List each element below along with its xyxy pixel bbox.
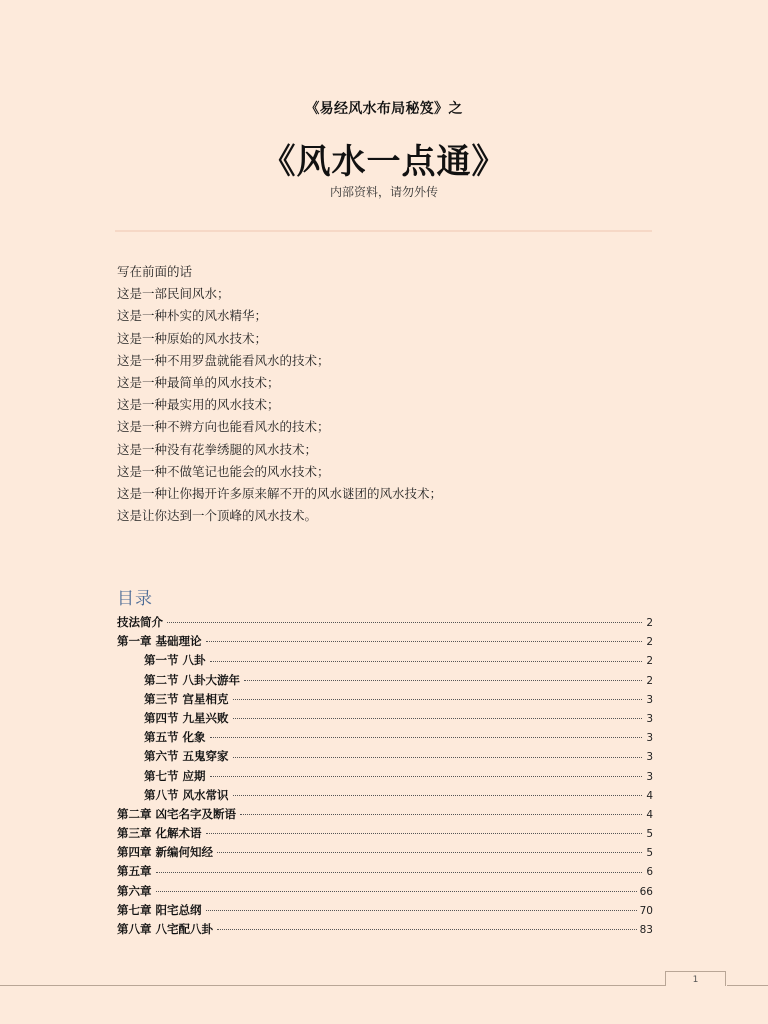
- preface-line: 这是让你达到一个顶峰的风水技术。: [117, 505, 442, 527]
- toc-entry-page: 3: [645, 691, 653, 710]
- toc-entry-page: 2: [645, 652, 653, 671]
- dot-leader: [233, 718, 642, 719]
- toc-entry[interactable]: 第七节 应期 3: [117, 767, 653, 786]
- toc-heading: 目录: [117, 584, 153, 609]
- toc-entry-label: 第一章 基础理论: [117, 632, 204, 651]
- dot-leader: [206, 641, 642, 642]
- toc-entry[interactable]: 第三章 化解术语 5: [117, 824, 653, 843]
- main-title: 《风水一点通》: [0, 134, 768, 183]
- dot-leader: [240, 814, 642, 815]
- dot-leader: [244, 680, 642, 681]
- toc-entry[interactable]: 第二节 八卦大游年 2: [117, 671, 653, 690]
- toc-entry-label: 第六节 五鬼穿家: [144, 747, 231, 766]
- dot-leader: [210, 661, 642, 662]
- toc-entry-page: 4: [645, 787, 653, 806]
- toc-entry-label: 技法简介: [117, 613, 165, 632]
- toc-entry-label: 第七节 应期: [144, 767, 208, 786]
- toc-entry[interactable]: 第一节 八卦 2: [117, 651, 653, 670]
- toc-entry-page: 2: [645, 633, 653, 652]
- preface-section: 写在前面的话 这是一部民间风水； 这是一种朴实的风水精华； 这是一种原始的风水技…: [117, 261, 442, 527]
- toc-entry-page: 5: [645, 825, 653, 844]
- footer-rule: [0, 985, 666, 986]
- toc-entry-page: 4: [645, 806, 653, 825]
- toc-entry-label: 第三节 宫星相克: [144, 690, 231, 709]
- subtitle: 内部资料，请勿外传: [0, 183, 768, 200]
- toc-entry-page: 2: [645, 614, 653, 633]
- dot-leader: [233, 757, 642, 758]
- toc-entry-label: 第二节 八卦大游年: [144, 671, 242, 690]
- toc-entry-page: 6: [645, 863, 653, 882]
- dot-leader: [156, 891, 637, 892]
- toc-entry[interactable]: 第二章 凶宅名字及断语 4: [117, 805, 653, 824]
- dot-leader: [206, 833, 642, 834]
- dot-leader: [156, 872, 643, 873]
- toc-entry-page: 3: [645, 768, 653, 787]
- dot-leader: [210, 737, 642, 738]
- toc-entry-page: 3: [645, 729, 653, 748]
- page-number: 1: [665, 971, 726, 986]
- toc-entry[interactable]: 第一章 基础理论 2: [117, 632, 653, 651]
- toc-entry[interactable]: 第八节 风水常识 4: [117, 786, 653, 805]
- toc-entry-label: 第四节 九星兴败: [144, 709, 231, 728]
- toc-entry[interactable]: 第五节 化象 3: [117, 728, 653, 747]
- toc-entry-label: 第五节 化象: [144, 728, 208, 747]
- toc-entry-label: 第四章 新编何知经: [117, 843, 215, 862]
- table-of-contents: 技法简介 2 第一章 基础理论 2 第一节 八卦 2 第二节 八卦大游年 2 第…: [117, 613, 653, 939]
- document-page: 《易经风水布局秘笈》之 《风水一点通》 内部资料，请勿外传 写在前面的话 这是一…: [0, 0, 768, 1024]
- toc-entry-label: 第三章 化解术语: [117, 824, 204, 843]
- dot-leader: [210, 776, 642, 777]
- preface-line: 这是一种不做笔记也能会的风水技术；: [117, 461, 442, 483]
- footer-rule: [727, 985, 768, 986]
- toc-entry[interactable]: 第四章 新编何知经 5: [117, 843, 653, 862]
- toc-entry[interactable]: 第八章 八宅配八卦 83: [117, 920, 653, 939]
- dot-leader: [217, 929, 637, 930]
- preface-line: 这是一种让你揭开许多原来解不开的风水谜团的风水技术；: [117, 483, 442, 505]
- toc-entry[interactable]: 第七章 阳宅总纲 70: [117, 901, 653, 920]
- toc-entry-page: 3: [645, 710, 653, 729]
- preface-line: 这是一种不用罗盘就能看风水的技术；: [117, 350, 442, 372]
- toc-entry-label: 第五章: [117, 862, 154, 881]
- toc-entry-label: 第二章 凶宅名字及断语: [117, 805, 238, 824]
- toc-entry-label: 第八章 八宅配八卦: [117, 920, 215, 939]
- toc-entry-label: 第八节 风水常识: [144, 786, 231, 805]
- preface-line: 这是一种原始的风水技术；: [117, 328, 442, 350]
- toc-entry-label: 第一节 八卦: [144, 651, 208, 670]
- toc-entry-page: 3: [645, 748, 653, 767]
- dot-leader: [233, 795, 642, 796]
- preface-line: 这是一部民间风水；: [117, 283, 442, 305]
- dot-leader: [217, 852, 642, 853]
- preface-heading: 写在前面的话: [117, 261, 442, 283]
- preface-line: 这是一种最实用的风水技术；: [117, 394, 442, 416]
- preface-line: 这是一种朴实的风水精华；: [117, 305, 442, 327]
- toc-entry[interactable]: 第六节 五鬼穿家 3: [117, 747, 653, 766]
- toc-entry[interactable]: 技法简介 2: [117, 613, 653, 632]
- toc-entry-page: 2: [645, 672, 653, 691]
- toc-entry-page: 5: [645, 844, 653, 863]
- toc-entry-label: 第七章 阳宅总纲: [117, 901, 204, 920]
- toc-entry[interactable]: 第六章 66: [117, 882, 653, 901]
- preface-line: 这是一种没有花拳绣腿的风水技术；: [117, 439, 442, 461]
- toc-entry-page: 83: [640, 921, 653, 940]
- toc-entry[interactable]: 第三节 宫星相克 3: [117, 690, 653, 709]
- toc-entry-page: 70: [640, 902, 653, 921]
- preface-line: 这是一种最简单的风水技术；: [117, 372, 442, 394]
- series-title: 《易经风水布局秘笈》之: [0, 98, 768, 118]
- toc-entry[interactable]: 第四节 九星兴败 3: [117, 709, 653, 728]
- preface-line: 这是一种不辨方向也能看风水的技术；: [117, 416, 442, 438]
- dot-leader: [167, 622, 642, 623]
- toc-entry[interactable]: 第五章 6: [117, 862, 653, 881]
- toc-entry-page: 66: [640, 883, 653, 902]
- dot-leader: [233, 699, 642, 700]
- header-separator: [115, 230, 652, 232]
- dot-leader: [206, 910, 637, 911]
- toc-entry-label: 第六章: [117, 882, 154, 901]
